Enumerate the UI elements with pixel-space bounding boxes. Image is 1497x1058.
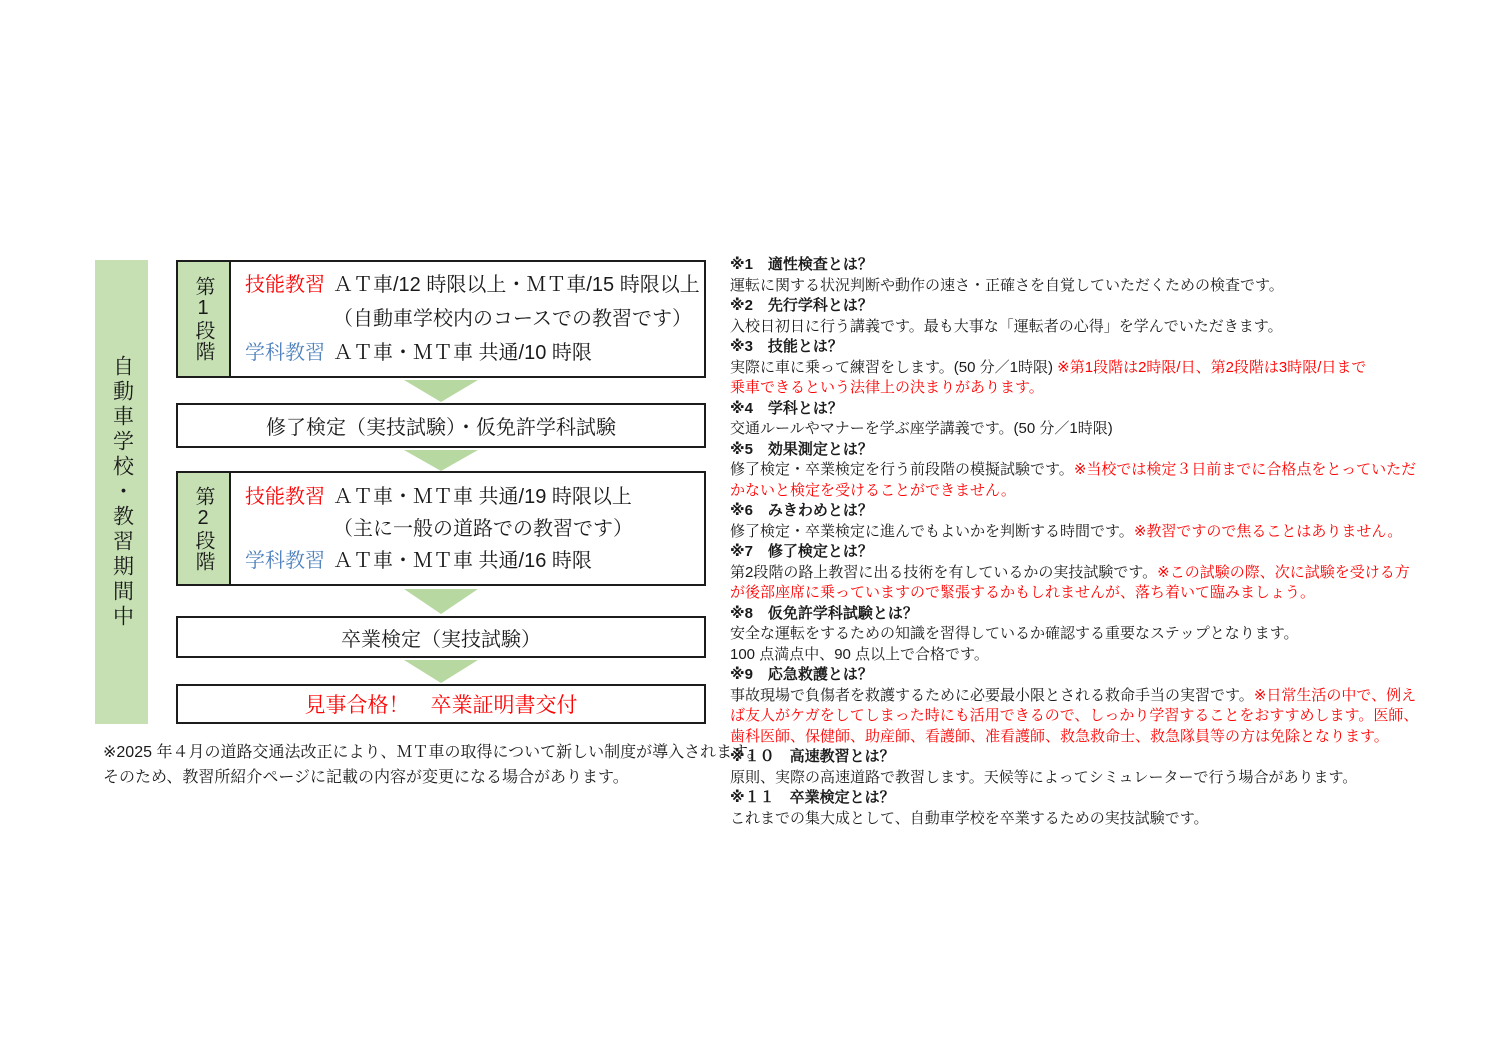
note-text-run: ※教習ですので焦ることはありません。 (1134, 523, 1402, 540)
note-text-run: 乗車できるという法律上の決まりがあります。 (730, 379, 1044, 396)
provisional-exam-label: 修了検定（実技試験）・仮免許学科試験 (266, 411, 616, 440)
note-body-line: 安全な運転をするための知識を習得しているか確認する重要なステップとなります。 (730, 624, 1418, 645)
stage-row-text: ＡＴ車/12 時限以上・ＭＴ車/15 時限以上 (333, 268, 700, 302)
note-heading: ※１０ 高速教習とは？ (730, 747, 1418, 768)
down-arrow-icon (404, 589, 478, 614)
note-heading: ※5 効果測定とは？ (730, 440, 1418, 461)
stage1-label-cell: 第1段階 (178, 262, 231, 376)
note-body-line: 実際に車に乗って練習をします。(50 分／1時限) ※第1段階は2時限/日、第2… (730, 358, 1418, 379)
note-heading: ※6 みきわめとは？ (730, 501, 1418, 522)
stage-row-text: （主に一般の道路での教習です） (333, 513, 633, 545)
stage-row-head: 技能教習 (245, 268, 333, 302)
note-text-run: ※日常生活の中で、例え (1254, 687, 1416, 704)
note-text-run: 実際に車に乗って練習をします。(50 分／1時限) (730, 359, 1057, 376)
note-body-line: 入校日初日に行う講義です。最も大事な「運転者の心得」を学んでいただきます。 (730, 317, 1418, 338)
note-body-line: 運転に関する状況判断や動作の速さ・正確さを自覚していただくための検査です。 (730, 276, 1418, 297)
provisional-exam-box: 修了検定（実技試験）・仮免許学科試験 (176, 403, 706, 448)
stage-row: 技能教習ＡＴ車/12 時限以上・ＭＴ車/15 時限以上 (245, 268, 704, 302)
note-body-line: これまでの集大成として、自動車学校を卒業するための実技試験です。 (730, 809, 1418, 830)
stage-row-head: 技能教習 (245, 481, 333, 513)
stage-row: 学科教習ＡＴ車・ＭＴ車 共通/10 時限 (245, 336, 704, 370)
stage2-content: 技能教習ＡＴ車・ＭＴ車 共通/19 時限以上（主に一般の道路での教習です）学科教… (231, 473, 704, 584)
note-text-run: ※3 技能とは？ (730, 338, 843, 355)
note-body-line: 修了検定・卒業検定に進んでもよいかを判断する時間です。※教習ですので焦ることはあ… (730, 522, 1418, 543)
stage-row: （主に一般の道路での教習です） (245, 513, 704, 545)
stage-row-text: ＡＴ車・ＭＴ車 共通/19 時限以上 (333, 481, 632, 513)
note-text-run: ※１１ 卒業検定とは？ (730, 789, 895, 806)
stage1-box: 第1段階 技能教習ＡＴ車/12 時限以上・ＭＴ車/15 時限以上（自動車学校内の… (176, 260, 706, 378)
note-text-run: ば友人がケガをしてしまった時にも活用できるので、しっかり学習することをおすすめし… (730, 707, 1418, 724)
note-heading: ※2 先行学科とは？ (730, 296, 1418, 317)
graduation-exam-box: 卒業検定（実技試験） (176, 616, 706, 658)
note-text-run: 運転に関する状況判断や動作の速さ・正確さを自覚していただくための検査です。 (730, 277, 1284, 294)
note-text-run: 100 点満点中、90 点以上で合格です。 (730, 646, 989, 663)
note-body-line: 原則、実際の高速道路で教習します。天候等によってシミュレーターで行う場合がありま… (730, 768, 1418, 789)
note-body-line: ば友人がケガをしてしまった時にも活用できるので、しっかり学習することをおすすめし… (730, 706, 1418, 727)
note-body-line: 歯科医師、保健師、助産師、看護師、准看護師、救急救命士、救急隊員等の方は免除とな… (730, 727, 1418, 748)
down-arrow-icon (404, 380, 478, 402)
note-text-run: ※この試験の際、次に試験を受ける方 (1157, 564, 1410, 581)
note-body-line: 交通ルールやマナーを学ぶ座学講義です。(50 分／1時限) (730, 419, 1418, 440)
note-text-run: 原則、実際の高速道路で教習します。天候等によってシミュレーターで行う場合がありま… (730, 769, 1357, 786)
stage2-label: 第2段階 (189, 486, 218, 572)
note-body-line: が後部座席に乗っていますので緊張するかもしれませんが、落ち着いて臨みましょう。 (730, 583, 1418, 604)
note-text-run: ※7 修了検定とは？ (730, 543, 873, 560)
note-text-run: ※9 応急救護とは？ (730, 666, 873, 683)
note-text-run: これまでの集大成として、自動車学校を卒業するための実技試験です。 (730, 810, 1209, 827)
pass-certificate-label: 見事合格！ 卒業証明書交付 (305, 689, 578, 719)
stage1-content: 技能教習ＡＴ車/12 時限以上・ＭＴ車/15 時限以上（自動車学校内のコースでの… (231, 262, 704, 376)
stage-row-head: 学科教習 (245, 545, 333, 577)
note-body-line: 修了検定・卒業検定を行う前段階の模擬試験です。※当校では検定３日前までに合格点を… (730, 460, 1418, 481)
stage2-box: 第2段階 技能教習ＡＴ車・ＭＴ車 共通/19 時限以上（主に一般の道路での教習で… (176, 471, 706, 586)
training-period-bar: 自動車学校・教習期間中 (95, 260, 148, 724)
footnote-line: ※2025 年４月の道路交通法改正により、ＭＴ車の取得について新しい制度が導入さ… (103, 740, 763, 765)
stage-row-text: （自動車学校内のコースでの教習です） (333, 302, 692, 336)
note-body-line: 乗車できるという法律上の決まりがあります。 (730, 378, 1418, 399)
note-text-run: 歯科医師、保健師、助産師、看護師、准看護師、救急救命士、救急隊員等の方は免除とな… (730, 728, 1389, 745)
stage-row-text: ＡＴ車・ＭＴ車 共通/10 時限 (333, 336, 592, 370)
note-heading: ※3 技能とは？ (730, 337, 1418, 358)
note-heading: ※7 修了検定とは？ (730, 542, 1418, 563)
note-text-run: かないと検定を受けることができません。 (730, 482, 1016, 499)
note-text-run: が後部座席に乗っていますので緊張するかもしれませんが、落ち着いて臨みましょう。 (730, 584, 1315, 601)
down-arrow-icon (404, 660, 478, 683)
note-text-run: ※当校では検定３日前までに合格点をとっていただ (1074, 461, 1416, 478)
note-text-run: ※1 適性検査とは？ (730, 256, 873, 273)
training-period-label: 自動車学校・教習期間中 (107, 355, 137, 630)
note-text-run: 修了検定・卒業検定に進んでもよいかを判断する時間です。 (730, 523, 1134, 540)
stage1-label: 第1段階 (189, 276, 218, 362)
note-body-line: 100 点満点中、90 点以上で合格です。 (730, 645, 1418, 666)
note-body-line: 事故現場で負傷者を救護するために必要最小限とされる救命手当の実習です。※日常生活… (730, 686, 1418, 707)
down-arrow-icon (404, 450, 478, 471)
note-text-run: ※5 効果測定とは？ (730, 441, 873, 458)
note-text-run: ※2 先行学科とは？ (730, 297, 873, 314)
note-heading: ※8 仮免許学科試験とは？ (730, 604, 1418, 625)
note-text-run: 修了検定・卒業検定を行う前段階の模擬試験です。 (730, 461, 1074, 478)
stage-row: （自動車学校内のコースでの教習です） (245, 302, 704, 336)
note-text-run: ※6 みきわめとは？ (730, 502, 873, 519)
note-text-run: 第2段階の路上教習に出る技術を有しているかの実技試験です。 (730, 564, 1157, 581)
note-text-run: ※8 仮免許学科試験とは？ (730, 605, 918, 622)
note-body-line: 第2段階の路上教習に出る技術を有しているかの実技試験です。※この試験の際、次に試… (730, 563, 1418, 584)
stage-row-head (245, 513, 333, 545)
note-text-run: ※4 学科とは？ (730, 400, 843, 417)
footnote-line: そのため、教習所紹介ページに記載の内容が変更になる場合があります。 (103, 765, 763, 790)
note-heading: ※9 応急救護とは？ (730, 665, 1418, 686)
note-text-run: 事故現場で負傷者を救護するために必要最小限とされる救命手当の実習です。 (730, 687, 1254, 704)
note-body-line: かないと検定を受けることができません。 (730, 481, 1418, 502)
note-text-run: 安全な運転をするための知識を習得しているか確認する重要なステップとなります。 (730, 625, 1299, 642)
pass-certificate-box: 見事合格！ 卒業証明書交付 (176, 684, 706, 724)
stage-row-text: ＡＴ車・ＭＴ車 共通/16 時限 (333, 545, 592, 577)
stage-row: 技能教習ＡＴ車・ＭＴ車 共通/19 時限以上 (245, 481, 704, 513)
note-heading: ※1 適性検査とは？ (730, 255, 1418, 276)
note-text-run: ※１０ 高速教習とは？ (730, 748, 895, 765)
glossary-notes: ※1 適性検査とは？運転に関する状況判断や動作の速さ・正確さを自覚していただくた… (730, 255, 1418, 829)
note-heading: ※4 学科とは？ (730, 399, 1418, 420)
stage-row: 学科教習ＡＴ車・ＭＴ車 共通/16 時限 (245, 545, 704, 577)
note-text-run: 入校日初日に行う講義です。最も大事な「運転者の心得」を学んでいただきます。 (730, 318, 1283, 335)
law-change-footnote: ※2025 年４月の道路交通法改正により、ＭＴ車の取得について新しい制度が導入さ… (103, 740, 763, 790)
stage-row-head (245, 302, 333, 336)
graduation-exam-label: 卒業検定（実技試験） (341, 623, 541, 652)
stage2-label-cell: 第2段階 (178, 473, 231, 584)
note-text-run: ※第1段階は2時限/日、第2段階は3時限/日まで (1057, 359, 1366, 376)
stage-row-head: 学科教習 (245, 336, 333, 370)
note-heading: ※１１ 卒業検定とは？ (730, 788, 1418, 809)
note-text-run: 交通ルールやマナーを学ぶ座学講義です。(50 分／1時限) (730, 420, 1113, 437)
